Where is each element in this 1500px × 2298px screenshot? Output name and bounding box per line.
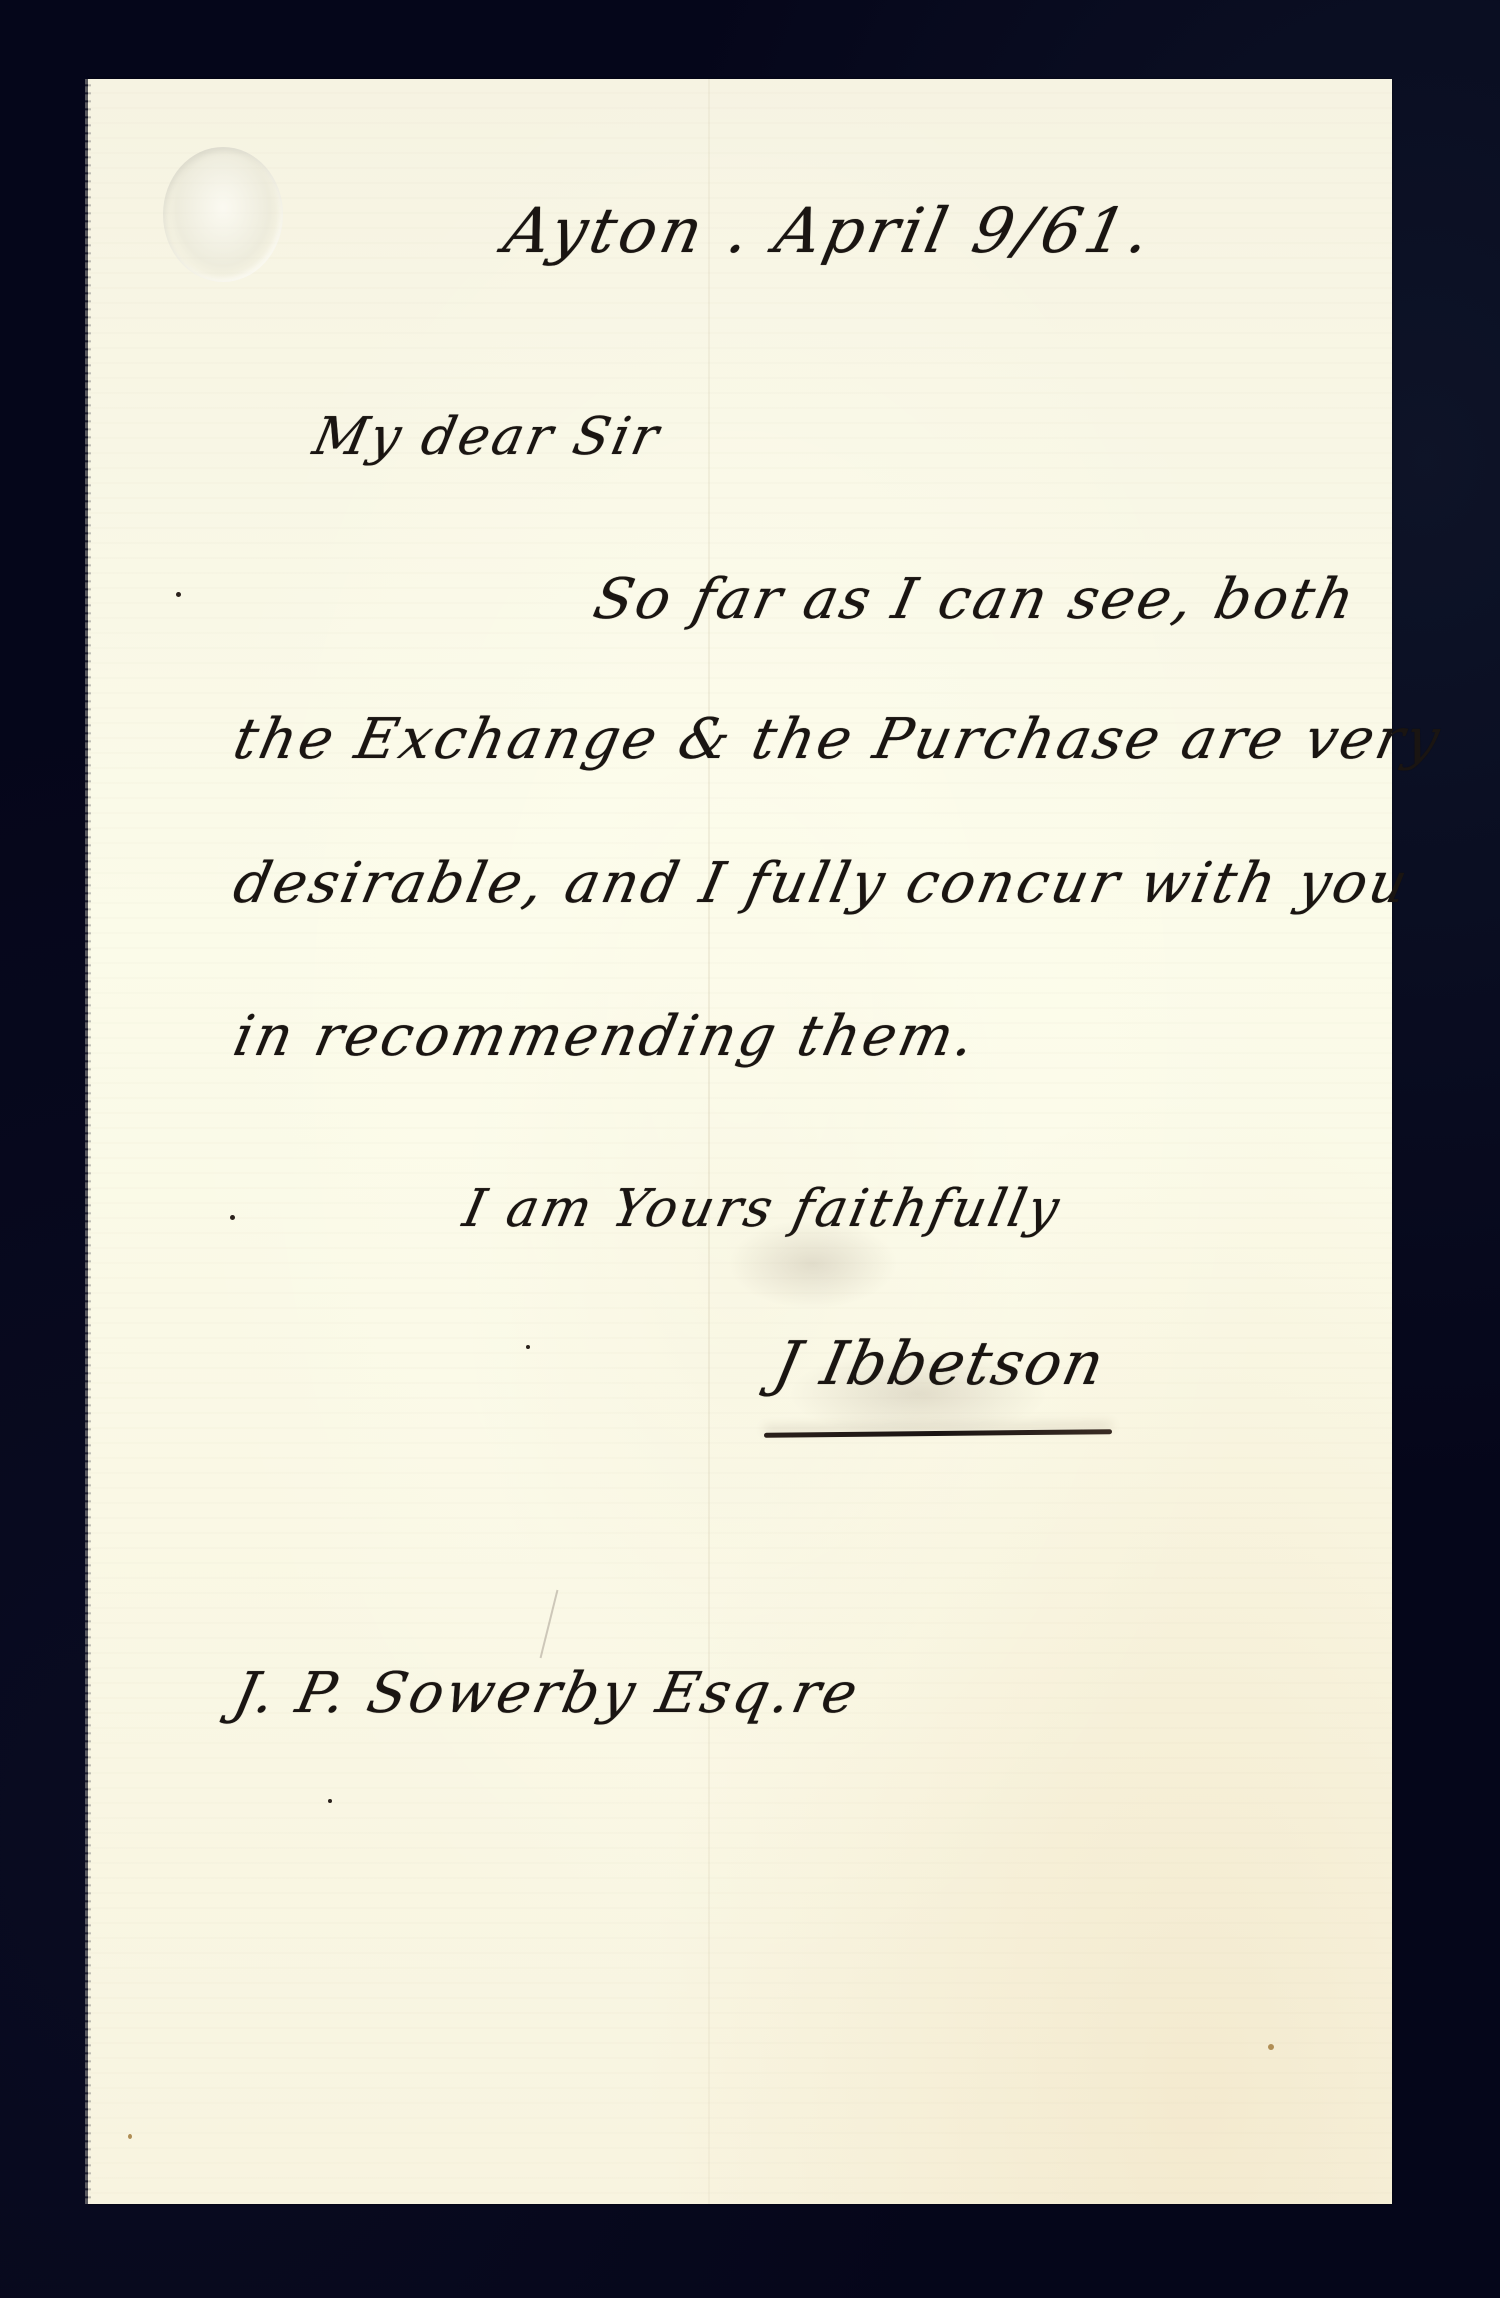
ink-speck xyxy=(230,1215,235,1220)
heading-separator: . xyxy=(721,194,760,267)
heading-place: Ayton xyxy=(498,194,713,267)
ink-speck xyxy=(328,1799,332,1803)
body-line-2: the Exchange & the Purchase are very xyxy=(228,707,1448,772)
heading-date: April 9/61. xyxy=(769,194,1161,267)
body-line-1: So far as I can see, both xyxy=(588,567,1363,632)
foxing-spot xyxy=(128,2134,132,2139)
body-line-3: desirable, and I fully concur with you xyxy=(228,851,1416,916)
faint-pencil-mark xyxy=(540,1590,559,1658)
paper-fold-line xyxy=(708,79,710,2204)
salutation: My dear Sir xyxy=(308,407,666,467)
ink-smudge xyxy=(728,1219,898,1309)
foxing-spot xyxy=(1268,2044,1274,2050)
deckled-edge xyxy=(85,79,91,2204)
addressee: J. P. Sowerby Esq.re xyxy=(228,1661,866,1726)
ink-speck xyxy=(526,1345,530,1349)
letter-heading: Ayton . April 9/61. xyxy=(498,194,1161,267)
embossed-seal-icon xyxy=(163,147,283,282)
letter-paper: Ayton . April 9/61. My dear Sir So far a… xyxy=(88,79,1392,2204)
ink-speck xyxy=(176,592,181,597)
body-line-4: in recommending them. xyxy=(228,1004,983,1069)
signature: J Ibbetson xyxy=(768,1329,1112,1399)
